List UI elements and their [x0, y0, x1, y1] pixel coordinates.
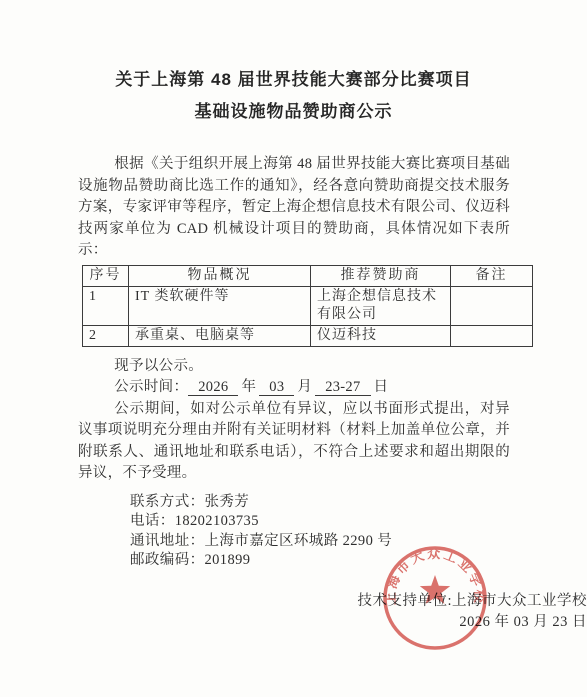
sponsor-table: 序号 物品概况 推荐赞助商 备注 1 IT 类软硬件等 上海企想信息技术有限公司… [82, 265, 533, 347]
time-month-value: 03 [259, 379, 294, 396]
signature-block: 技术支持单位:上海市大众工业学校 2026 年 03 月 23 日 上海市大众工… [0, 591, 587, 633]
document-page: 关于上海第 48 届世界技能大赛部分比赛项目 基础设施物品赞助商公示 根据《关于… [0, 0, 587, 697]
title-line-1: 关于上海第 48 届世界技能大赛部分比赛项目 [60, 64, 527, 96]
cell-item: IT 类软硬件等 [129, 286, 311, 325]
contact-address: 通讯地址：上海市嘉定区环城路 2290 号 [130, 532, 587, 552]
time-days-value: 23-27 [315, 379, 370, 396]
contact-block: 联系方式：张秀芳 电话：18202103735 通讯地址：上海市嘉定区环城路 2… [130, 493, 587, 571]
cell-note [451, 286, 533, 325]
cell-item: 承重桌、电脑桌等 [129, 325, 311, 346]
contact-phone: 电话：18202103735 [130, 512, 587, 532]
col-header-sponsor: 推荐赞助商 [311, 265, 451, 286]
objection-paragraph: 公示期间，如对公示单位有异议，应以书面形式提出，对异议事项说明充分理由并附有关证… [78, 399, 510, 485]
col-header-note: 备注 [451, 265, 533, 286]
cell-serial: 2 [83, 325, 129, 346]
table-header-row: 序号 物品概况 推荐赞助商 备注 [83, 265, 533, 286]
signature-date-line: 2026 年 03 月 23 日 [0, 612, 587, 633]
cell-note [451, 325, 533, 346]
time-label: 公示时间： [114, 379, 188, 395]
col-header-serial: 序号 [83, 265, 129, 286]
announce-line: 现予以公示。 [78, 356, 510, 378]
contact-postcode: 邮政编码：201899 [130, 551, 587, 571]
contact-person: 联系方式：张秀芳 [130, 493, 587, 513]
title-line-2: 基础设施物品赞助商公示 [60, 96, 527, 128]
support-unit-line: 技术支持单位:上海市大众工业学校 [0, 591, 587, 612]
time-year-value: 2026 [188, 379, 238, 396]
cell-sponsor: 上海企想信息技术有限公司 [311, 286, 451, 325]
document-title: 关于上海第 48 届世界技能大赛部分比赛项目 基础设施物品赞助商公示 [60, 64, 527, 128]
col-header-item: 物品概况 [129, 265, 311, 286]
cell-serial: 1 [83, 286, 129, 325]
publicity-period-line: 公示时间：2026年03月23-27日 [78, 377, 510, 399]
time-month-unit: 月 [297, 379, 312, 395]
table-row: 2 承重桌、电脑桌等 仪迈科技 [83, 325, 533, 346]
time-year-unit: 年 [241, 379, 256, 395]
time-days-unit: 日 [374, 379, 389, 395]
cell-sponsor: 仪迈科技 [311, 325, 451, 346]
intro-paragraph: 根据《关于组织开展上海第 48 届世界技能大赛比赛项目基础设施物品赞助商比选工作… [78, 154, 510, 262]
table-row: 1 IT 类软硬件等 上海企想信息技术有限公司 [83, 286, 533, 325]
